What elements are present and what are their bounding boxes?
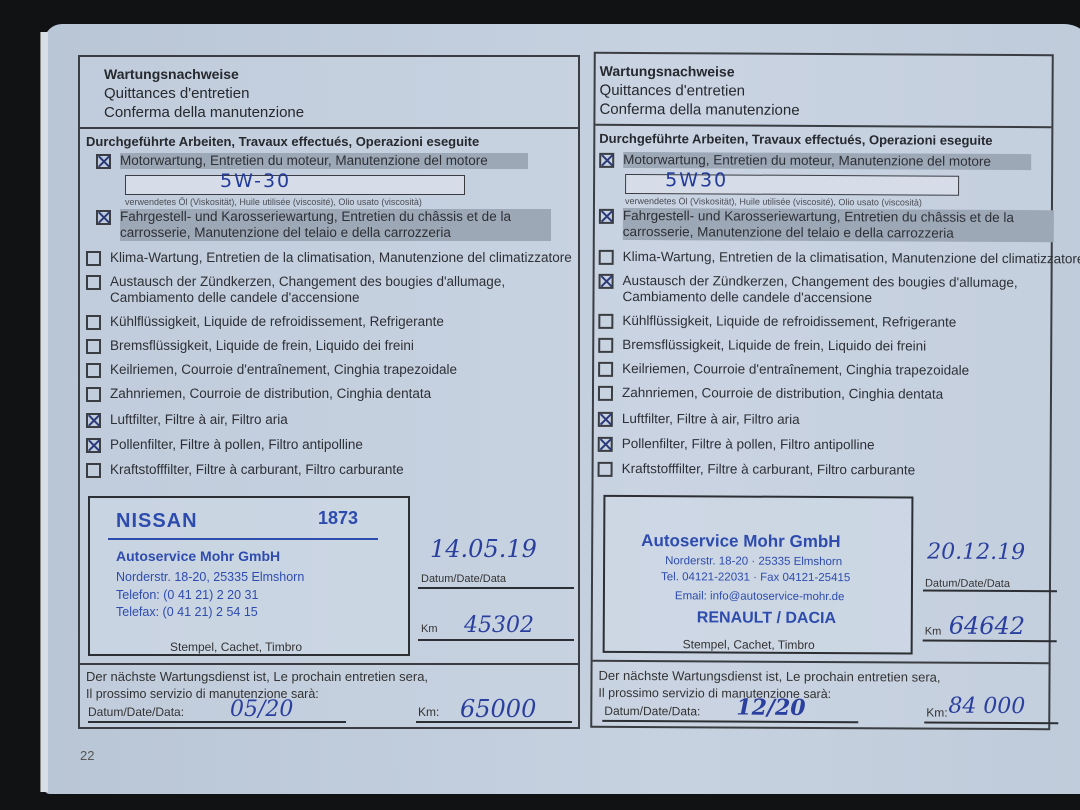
checklist-item-fahrgestell-und-karosseriewartung[interactable]: Fahrgestell- und Karosseriewartung, Entr… — [599, 208, 1054, 242]
checklist-item-kraftstofffilter[interactable]: Kraftstofffilter, Filtre à carburant, Fi… — [598, 461, 916, 479]
checkbox-checked-icon[interactable] — [86, 438, 101, 453]
mileage-value: 45302 — [464, 613, 534, 638]
stamp-brand: NISSAN — [116, 510, 198, 533]
checkbox-empty-icon[interactable] — [86, 463, 101, 478]
checklist-item-pollenfilter[interactable]: Pollenfilter, Filtre à pollen, Filtro an… — [86, 437, 363, 453]
next-date-label: Datum/Date/Data: — [604, 704, 700, 719]
checkbox-empty-icon[interactable] — [86, 363, 101, 378]
next-km-field[interactable] — [416, 721, 572, 723]
header-it: Conferma della manutenzione — [599, 100, 1051, 121]
page-number: 22 — [80, 748, 94, 763]
checkbox-empty-icon[interactable] — [86, 315, 101, 330]
checklist-item-motorwartung[interactable]: Motorwartung, Entretien du moteur, Manut… — [599, 152, 1031, 170]
stamp-caption: Stempel, Cachet, Timbro — [683, 637, 815, 652]
checkbox-empty-icon[interactable] — [86, 339, 101, 354]
checkbox-checked-icon[interactable] — [86, 413, 101, 428]
mileage-field[interactable] — [923, 640, 1057, 643]
oil-viscosity-value: 5W-30 — [220, 170, 291, 192]
checklist-item-austausch-der-z-ndkerzen[interactable]: Austausch der Zündkerzen, Changement des… — [86, 274, 505, 306]
oil-viscosity-value: 5W30 — [665, 169, 728, 191]
checkbox-empty-icon[interactable] — [598, 462, 613, 477]
stamp-dealer-name: Autoservice Mohr GmbH — [116, 548, 280, 564]
page-edge — [40, 32, 48, 792]
checklist-item-label: Bremsflüssigkeit, Liquide de frein, Liqu… — [622, 337, 926, 355]
stamp-dealer-name: Autoservice Mohr GmbH — [641, 531, 840, 552]
checkbox-empty-icon[interactable] — [598, 338, 613, 353]
next-km-label: Km: — [418, 705, 439, 719]
stamp-brand: RENAULT / DACIA — [697, 609, 836, 628]
checklist-item-label: Kraftstofffilter, Filtre à carburant, Fi… — [622, 461, 916, 479]
checklist-item-label: Kühlflüssigkeit, Liquide de refroidissem… — [622, 313, 956, 331]
checklist-item-label: Fahrgestell- und Karosseriewartung, Entr… — [623, 208, 1054, 242]
dealer-stamp-box: NISSAN 1873 Autoservice Mohr GmbH Norder… — [88, 496, 410, 656]
checklist-item-label: Luftfilter, Filtre à air, Filtro aria — [622, 411, 800, 428]
header-fr: Quittances d'entretien — [104, 84, 578, 103]
checklist-item-keilriemen[interactable]: Keilriemen, Courroie d'entraînement, Cin… — [598, 361, 969, 379]
checklist-item-label: Fahrgestell- und Karosseriewartung, Entr… — [120, 209, 551, 241]
oil-caption: verwendetes Öl (Viskosität), Huile utili… — [625, 196, 922, 208]
service-date-label: Datum/Date/Data — [925, 578, 1010, 590]
checklist-item-luftfilter[interactable]: Luftfilter, Filtre à air, Filtro aria — [86, 412, 288, 428]
checklist-item-label: Klima-Wartung, Entretien de la climatisa… — [110, 250, 572, 266]
stamp-email: Email: info@autoservice-mohr.de — [675, 590, 845, 603]
next-km-value: 84 000 — [948, 694, 1025, 719]
checkbox-empty-icon[interactable] — [598, 386, 613, 401]
header-it: Conferma della manutenzione — [104, 103, 578, 122]
header-fr: Quittances d'entretien — [600, 81, 1052, 102]
header-de: Wartungsnachweise — [600, 62, 1052, 83]
checklist-item-label: Pollenfilter, Filtre à pollen, Filtro an… — [622, 436, 875, 453]
checklist-item-label: Keilriemen, Courroie d'entraînement, Cin… — [110, 362, 457, 378]
next-service-section: Der nächste Wartungsdienst ist, Le proch… — [80, 663, 578, 729]
checklist-item-label: Zahnriemen, Courroie de distribution, Ci… — [110, 386, 431, 402]
checklist-item-zahnriemen[interactable]: Zahnriemen, Courroie de distribution, Ci… — [598, 385, 943, 403]
service-date-field[interactable] — [418, 587, 574, 589]
stamp-rule — [108, 538, 378, 540]
checkbox-empty-icon[interactable] — [598, 314, 613, 329]
mileage-label: Km — [421, 623, 438, 635]
next-service-section: Der nächste Wartungsdienst ist, Le proch… — [592, 660, 1048, 728]
checkbox-empty-icon[interactable] — [598, 362, 613, 377]
next-service-text-1: Der nächste Wartungsdienst ist, Le proch… — [598, 668, 940, 685]
stamp-phone: Telefon: (0 41 21) 2 20 31 — [116, 588, 258, 602]
checkbox-checked-icon[interactable] — [96, 154, 111, 169]
checklist-item-label: Motorwartung, Entretien du moteur, Manut… — [120, 153, 528, 169]
stamp-dealer-number: 1873 — [318, 508, 358, 529]
next-date-field[interactable] — [88, 721, 346, 723]
oil-caption: verwendetes Öl (Viskosität), Huile utili… — [125, 197, 422, 207]
checkbox-checked-icon[interactable] — [599, 274, 614, 289]
service-date-field[interactable] — [923, 590, 1057, 593]
checkbox-checked-icon[interactable] — [599, 153, 614, 168]
checklist-item-keilriemen[interactable]: Keilriemen, Courroie d'entraînement, Cin… — [86, 362, 457, 378]
service-date-value: 14.05.19 — [430, 535, 537, 563]
checklist-item-k-hlfl-ssigkeit[interactable]: Kühlflüssigkeit, Liquide de refroidissem… — [598, 313, 956, 331]
work-performed-title: Durchgeführte Arbeiten, Travaux effectué… — [599, 131, 992, 148]
checklist-item-label: Zahnriemen, Courroie de distribution, Ci… — [622, 385, 943, 403]
next-km-field[interactable] — [924, 722, 1058, 725]
next-km-value: 65000 — [460, 695, 536, 723]
checkbox-checked-icon[interactable] — [598, 437, 613, 452]
checklist-item-bremsfl-ssigkeit[interactable]: Bremsflüssigkeit, Liquide de frein, Liqu… — [598, 337, 926, 355]
checkbox-checked-icon[interactable] — [598, 412, 613, 427]
header-de: Wartungsnachweise — [104, 65, 578, 84]
checklist-item-fahrgestell-und-karosseriewartung[interactable]: Fahrgestell- und Karosseriewartung, Entr… — [96, 209, 551, 241]
checklist-item-zahnriemen[interactable]: Zahnriemen, Courroie de distribution, Ci… — [86, 386, 431, 402]
mileage-value: 64642 — [949, 612, 1026, 640]
service-record-1: Wartungsnachweise Quittances d'entretien… — [78, 55, 580, 729]
stamp-caption: Stempel, Cachet, Timbro — [170, 640, 302, 654]
checklist-item-label: Bremsflüssigkeit, Liquide de frein, Liqu… — [110, 338, 414, 354]
checkbox-empty-icon[interactable] — [599, 250, 614, 265]
checkbox-empty-icon[interactable] — [86, 387, 101, 402]
checklist-item-kraftstofffilter[interactable]: Kraftstofffilter, Filtre à carburant, Fi… — [86, 462, 404, 478]
stamp-fax: Telefax: (0 41 21) 2 54 15 — [116, 605, 258, 619]
checklist-item-label: Luftfilter, Filtre à air, Filtro aria — [110, 412, 288, 428]
checklist-item-label: Keilriemen, Courroie d'entraînement, Cin… — [622, 361, 969, 379]
checklist-item-label: Motorwartung, Entretien du moteur, Manut… — [623, 152, 1031, 170]
checklist-item-label: Austausch der Zündkerzen, Changement des… — [110, 274, 505, 306]
checklist-item-austausch-der-z-ndkerzen[interactable]: Austausch der Zündkerzen, Changement des… — [598, 273, 1017, 307]
next-date-value: 05/20 — [230, 697, 293, 722]
checkbox-empty-icon[interactable] — [86, 275, 101, 290]
checklist-item-klima-wartung[interactable]: Klima-Wartung, Entretien de la climatisa… — [86, 250, 572, 266]
stamp-address: Norderstr. 18-20 · 25335 Elmshorn — [665, 555, 842, 568]
checkbox-empty-icon[interactable] — [86, 251, 101, 266]
checklist-item-pollenfilter[interactable]: Pollenfilter, Filtre à pollen, Filtro an… — [598, 436, 875, 453]
checklist-item-label: Kraftstofffilter, Filtre à carburant, Fi… — [110, 462, 404, 478]
checkbox-checked-icon[interactable] — [96, 210, 111, 225]
checklist-item-bremsfl-ssigkeit[interactable]: Bremsflüssigkeit, Liquide de frein, Liqu… — [86, 338, 414, 354]
next-date-value: 12/20 — [736, 695, 805, 721]
next-service-text-1: Der nächste Wartungsdienst ist, Le proch… — [86, 669, 428, 684]
dealer-stamp-box: Autoservice Mohr GmbH Norderstr. 18-20 ·… — [603, 495, 914, 655]
next-km-label: Km: — [926, 706, 947, 720]
service-record-2: Wartungsnachweise Quittances d'entretien… — [590, 52, 1054, 730]
stamp-address: Norderstr. 18-20, 25335 Elmshorn — [116, 570, 304, 584]
checklist-item-luftfilter[interactable]: Luftfilter, Filtre à air, Filtro aria — [598, 411, 800, 428]
next-date-label: Datum/Date/Data: — [88, 705, 184, 719]
service-date-label: Datum/Date/Data — [421, 573, 506, 585]
mileage-field[interactable] — [418, 639, 574, 641]
checklist-item-motorwartung[interactable]: Motorwartung, Entretien du moteur, Manut… — [96, 153, 528, 169]
work-performed-title: Durchgeführte Arbeiten, Travaux effectué… — [86, 134, 479, 149]
record-header: Wartungsnachweise Quittances d'entretien… — [595, 54, 1051, 128]
checkbox-checked-icon[interactable] — [599, 209, 614, 224]
checklist-item-k-hlfl-ssigkeit[interactable]: Kühlflüssigkeit, Liquide de refroidissem… — [86, 314, 444, 330]
mileage-label: Km — [925, 626, 942, 638]
checklist-item-klima-wartung[interactable]: Klima-Wartung, Entretien de la climatisa… — [599, 249, 1080, 268]
service-date-value: 20.12.19 — [927, 540, 1025, 566]
oil-viscosity-field[interactable] — [125, 175, 465, 195]
checklist-item-label: Austausch der Zündkerzen, Changement des… — [622, 273, 1017, 307]
next-date-field[interactable] — [602, 720, 858, 723]
checklist-item-label: Kühlflüssigkeit, Liquide de refroidissem… — [110, 314, 444, 330]
checklist-item-label: Pollenfilter, Filtre à pollen, Filtro an… — [110, 437, 363, 453]
stamp-phone: Tel. 04121-22031 · Fax 04121-25415 — [661, 571, 850, 584]
record-header: Wartungsnachweise Quittances d'entretien… — [80, 57, 578, 129]
checklist-item-label: Klima-Wartung, Entretien de la climatisa… — [623, 249, 1080, 267]
